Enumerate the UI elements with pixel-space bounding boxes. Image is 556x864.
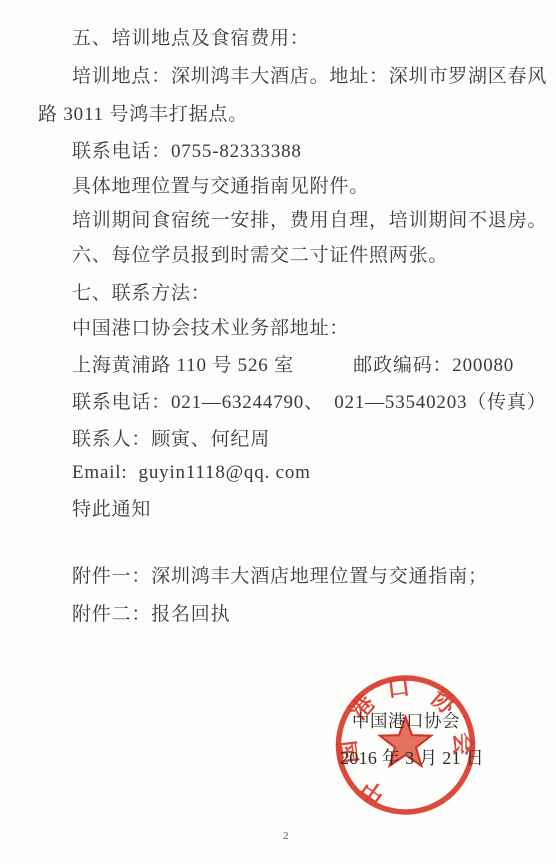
line-training-location: 培训地点：深圳鸿丰大酒店。地址：深圳市罗湖区春风 (72, 66, 547, 88)
line-lodging-note: 培训期间食宿统一安排，费用自理，培训期间不退房。 (72, 210, 547, 232)
line-training-location-wrap: 路 3011 号鸿丰打据点。 (38, 104, 248, 126)
line-section5-heading: 五、培训地点及食宿费用： (72, 28, 310, 50)
page-number: 2 (283, 830, 289, 842)
document-page: 五、培训地点及食宿费用： 培训地点：深圳鸿丰大酒店。地址：深圳市罗湖区春风 路 … (0, 0, 556, 864)
line-address-postcode: 上海黄浦路 110 号 526 室 邮政编码：200080 (72, 355, 514, 377)
line-attachment-1: 附件一：深圳鸿丰大酒店地理位置与交通指南； (72, 566, 488, 588)
seal-ring-char-4: 口 (386, 675, 412, 703)
line-contact-persons: 联系人：顾寅、何纪周 (72, 429, 270, 451)
line-email: Email: guyin1118@qq. com (72, 462, 311, 484)
line-section7-heading: 七、联系方法： (72, 283, 211, 305)
line-contact-phones: 联系电话：021—63244790、 021—53540203（传真） (72, 392, 547, 414)
signature-org-name: 中国港口协会 (352, 708, 460, 733)
line-association-address-label: 中国港口协会技术业务部地址： (72, 318, 349, 340)
signature-date: 2016 年 3 月 21 日 (340, 744, 484, 770)
line-map-note: 具体地理位置与交通指南见附件。 (72, 176, 369, 198)
line-hotel-phone: 联系电话：0755-82333388 (72, 141, 302, 163)
seal-ring-char-1: 中 (356, 775, 389, 809)
line-section6-photos: 六、每位学员报到时需交二寸证件照两张。 (72, 245, 448, 267)
line-notice-closing: 特此通知 (72, 499, 151, 521)
line-attachment-2: 附件二：报名回执 (72, 604, 230, 626)
